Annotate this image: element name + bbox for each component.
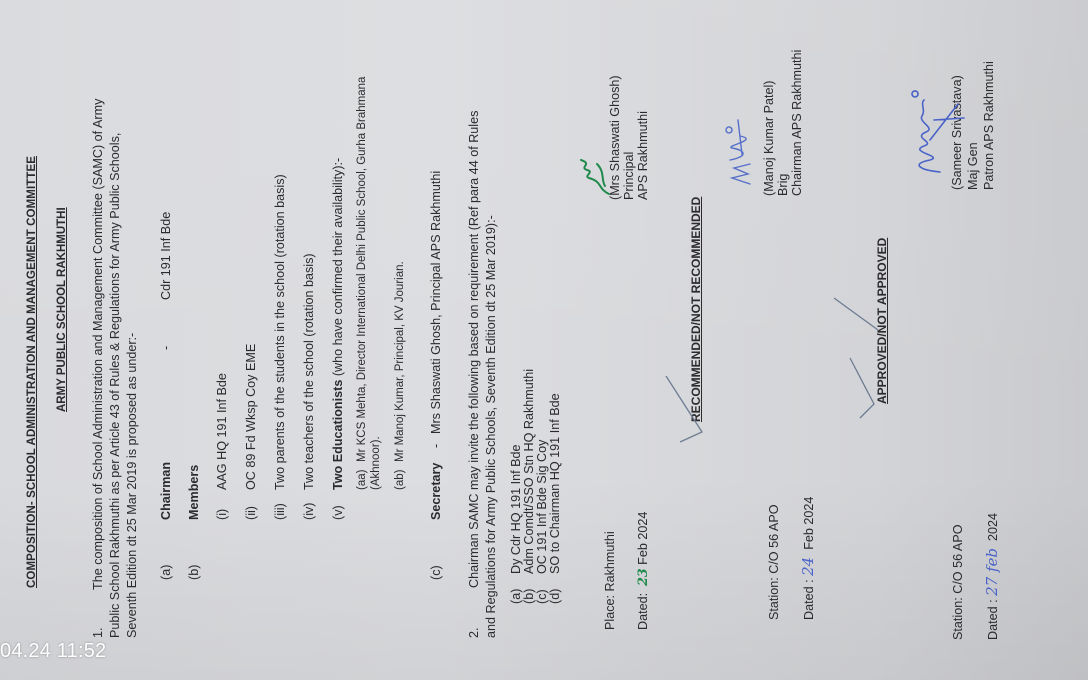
dated-month-year: Feb 2024	[636, 512, 650, 565]
approval-signatory-name: (Sameer Srivastava)	[950, 75, 965, 190]
handwritten-day: 23	[635, 568, 650, 586]
invitee-item: SO to Chairman HQ 191 Inf Bde	[549, 393, 562, 574]
secretary-label: Secretary	[428, 463, 445, 520]
para1-line2: Public School Rakhmuthi as per Article 4…	[107, 133, 124, 638]
station-label: Station:	[767, 577, 781, 620]
dated-year: 2024	[986, 513, 1000, 541]
dated-label: Dated:	[636, 593, 650, 630]
member-marker: (iv)	[301, 503, 318, 520]
place-value: Rakhmuthi	[603, 531, 617, 591]
member-item: AAG HQ 191 Inf Bde	[214, 373, 231, 490]
members-marker: (b)	[186, 565, 203, 580]
recommendation-station-line: Station: C/O 56 APO	[766, 504, 783, 620]
principal-signatory-title: Principal	[622, 152, 636, 200]
approved-tick-icon	[830, 290, 890, 430]
member-marker: (iii)	[272, 503, 289, 520]
principal-dated-line: Dated: 23 Feb 2024	[634, 512, 652, 630]
member-item: OC 89 Fd Wksp Coy EME	[243, 344, 260, 490]
member-marker: (i)	[214, 509, 231, 520]
para1-number: 1.	[90, 627, 107, 638]
handwritten-day: 24	[799, 557, 817, 576]
dated-label: Dated :	[802, 579, 816, 620]
educationist-marker: (ab)	[394, 470, 406, 490]
chairman-value: Cdr 191 Inf Bde	[158, 212, 175, 300]
member-marker: (ii)	[243, 506, 260, 520]
approval-station-line: Station: C/O 56 APO	[950, 524, 967, 640]
invitee-marker: (d)	[549, 589, 562, 604]
recommendation-dated-line: Dated : 24 Feb 2024	[800, 497, 818, 620]
members-label: Members	[186, 465, 203, 520]
para2-line2: and Regulations for Army Public Schools,…	[483, 215, 500, 638]
approval-dated-line: Dated : 27 feb 2024	[984, 513, 1002, 640]
member-marker: (v)	[330, 505, 347, 520]
station-label: Station:	[951, 597, 965, 640]
secretary-marker: (c)	[428, 565, 445, 580]
place-line: Place: Rakhmuthi	[602, 531, 619, 630]
educationists-bold-label: Two Educationists	[331, 380, 345, 490]
document-title: COMPOSITION- SCHOOL ADMINISTRATION AND M…	[26, 156, 38, 588]
educationist-item-continued: (Akhnoor).	[370, 436, 382, 490]
principal-signatory-org: APS Rakhmuthi	[636, 111, 650, 200]
handwritten-date: 27 feb	[983, 548, 1001, 596]
chairman-signature-icon	[720, 110, 768, 190]
chairman-marker: (a)	[158, 565, 175, 580]
secretary-value: Mrs Shaswati Ghosh, Principal APS Rakhmu…	[428, 171, 445, 434]
recommended-tick-icon	[660, 370, 710, 450]
chairman-dash: -	[158, 346, 175, 350]
photo-timestamp: 04.24 11:52	[0, 640, 106, 663]
principal-signature-icon	[575, 150, 615, 200]
para1-line3: Seventh Edition dt 25 Mar 2019 is propos…	[124, 333, 141, 638]
document-page: COMPOSITION- SCHOOL ADMINISTRATION AND M…	[0, 0, 1088, 680]
member-item-educationists: Two Educationists (who have confirmed th…	[330, 158, 347, 490]
para2-line1: Chairman SAMC may invite the following b…	[466, 111, 483, 588]
educationist-marker: (aa)	[356, 470, 368, 490]
member-item: Two parents of the students in the schoo…	[272, 174, 289, 490]
place-label: Place:	[603, 595, 617, 630]
approval-signatory-rank: Maj Gen	[966, 142, 981, 190]
educationist-item: Mr Manoj Kumar, Principal, KV Jourian.	[394, 261, 406, 462]
station-value: C/O 56 APO	[767, 504, 781, 573]
educationist-item: Mr KCS Mehta, Director International Del…	[356, 77, 368, 462]
secretary-dash: -	[428, 444, 445, 448]
dated-label: Dated :	[986, 599, 1000, 640]
educationists-text: (who have confirmed their availability):…	[331, 158, 345, 380]
document-subtitle: ARMY PUBLIC SCHOOL RAKHMUTHI	[56, 207, 68, 412]
para2-number: 2.	[466, 627, 483, 638]
recommendation-signatory-title: Chairman APS Rakhmuthi	[790, 50, 804, 196]
chairman-label: Chairman	[158, 462, 175, 520]
patron-signature-icon	[900, 70, 948, 180]
para1-line1: The composition of School Administration…	[90, 99, 107, 590]
station-value: C/O 56 APO	[951, 524, 965, 593]
dated-month-year: Feb 2024	[802, 497, 816, 550]
member-item: Two teachers of the school (rotation bas…	[301, 253, 318, 490]
approval-signatory-title: Patron APS Rakhmuthi	[982, 61, 997, 190]
recommendation-signatory-rank: Brig	[776, 174, 790, 196]
